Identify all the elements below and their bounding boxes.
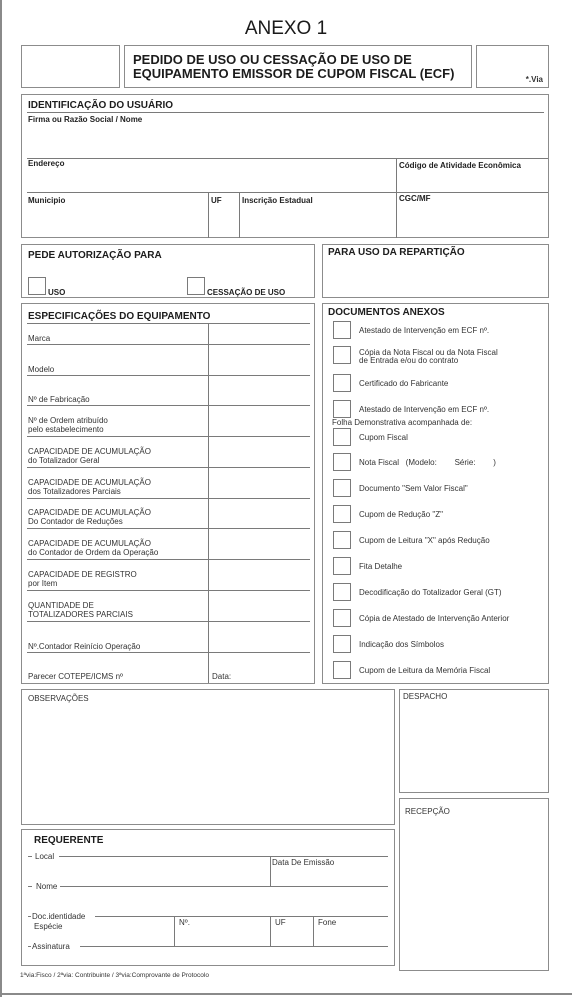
attached-doc-label: Cupom de Leitura da Memória Fiscal (359, 667, 490, 675)
page-edge (0, 0, 2, 997)
uso-label: USO (48, 288, 65, 297)
equipment-row-value[interactable] (209, 562, 309, 589)
divider (27, 192, 548, 193)
issue-date-label: Data De Emissão (272, 858, 334, 867)
equipment-row-label: Nº.Contador Reinício Operação (28, 642, 140, 651)
attached-doc-line1: Documento "Sem Valor Fiscal" (359, 485, 468, 493)
attached-doc-line1: Decodificação do Totalizador Geral (GT) (359, 589, 502, 597)
id-doc-field[interactable] (95, 916, 388, 917)
authorization-heading: PEDE AUTORIZAÇÃO PARA (28, 250, 162, 261)
attached-doc-line1: Cupom Fiscal (359, 434, 408, 442)
equipment-section: ESPECIFICAÇÕES DO EQUIPAMENTO MarcaModel… (21, 303, 315, 684)
attached-doc-label: Nota Fiscal (Modelo: Série: ) (359, 459, 496, 467)
attached-doc-line1: Atestado de Intervenção em ECF nº. (359, 327, 489, 335)
form-title-box: PEDIDO DE USO OU CESSAÇÃO DE USO DE EQUI… (124, 45, 472, 88)
uf-label: UF (211, 196, 222, 205)
attached-doc-line1: Cópia de Atestado de Intervenção Anterio… (359, 615, 509, 623)
name-field[interactable] (60, 886, 388, 887)
equipment-row-line1: Nº de Fabricação (28, 395, 90, 404)
attached-doc-line1: Cupom de Leitura da Memória Fiscal (359, 667, 490, 675)
attached-doc-line1: Nota Fiscal (Modelo: Série: ) (359, 459, 496, 467)
divider (27, 344, 310, 345)
divider (270, 916, 271, 946)
equipment-row-line2: TOTALIZADORES PARCIAIS (28, 610, 133, 619)
attached-doc-label: Certificado do Fabricante (359, 380, 448, 388)
cgc-label: CGC/MF (399, 194, 431, 203)
cessacao-checkbox[interactable] (187, 277, 205, 295)
city-field[interactable] (26, 206, 206, 236)
attached-doc-checkbox[interactable] (333, 321, 351, 339)
page-edge (0, 993, 572, 995)
equipment-row-value[interactable] (209, 377, 309, 404)
activity-code-field[interactable] (398, 171, 544, 191)
attached-doc-label: Atestado de Intervenção em ECF nº. (359, 406, 489, 414)
equipment-row-line1: CAPACIDADE DE REGISTRO (28, 570, 137, 579)
divider (27, 559, 310, 560)
divider (27, 498, 310, 499)
equipment-row-value[interactable] (209, 624, 309, 651)
divider (28, 946, 31, 947)
annex-title: ANEXO 1 (0, 18, 572, 40)
equipment-row-line1: Modelo (28, 365, 54, 374)
observations-heading: OBSERVAÇÕES (28, 694, 89, 703)
form-title-line1: PEDIDO DE USO OU CESSAÇÃO DE USO DE (133, 53, 454, 67)
local-label: Local (35, 852, 54, 861)
equipment-row-line1: Nº de Ordem atribuído (28, 416, 108, 425)
divider (28, 916, 31, 917)
authorization-section: PEDE AUTORIZAÇÃO PARA USO CESSAÇÃO DE US… (21, 244, 315, 298)
folha-demonstrativa-label: Folha Demonstrativa acompanhada de: (332, 418, 472, 427)
via-box[interactable]: *.Via (476, 45, 549, 88)
state-registration-field[interactable] (240, 206, 395, 236)
attached-doc-checkbox[interactable] (333, 400, 351, 418)
attached-doc-line1: Atestado de Intervenção em ECF nº. (359, 406, 489, 414)
attached-doc-checkbox[interactable] (333, 661, 351, 679)
number-label: Nº. (179, 918, 190, 927)
equipment-row-line2: pelo estabelecimento (28, 425, 108, 434)
cgc-field[interactable] (398, 204, 544, 236)
divider (396, 158, 397, 192)
attached-doc-label: Cópia de Atestado de Intervenção Anterio… (359, 615, 509, 623)
city-label: Municipio (28, 196, 65, 205)
copies-note: 1ªvia:Fisco / 2ªvia: Contribuinte / 3ªvi… (20, 972, 209, 979)
equipment-row-line2: do Contador de Ordem da Operação (28, 548, 158, 557)
attached-doc-label: Cupom Fiscal (359, 434, 408, 442)
divider (313, 916, 314, 946)
attached-doc-line1: Certificado do Fabricante (359, 380, 448, 388)
state-registration-label: Inscrição Estadual (242, 196, 313, 205)
attached-doc-checkbox[interactable] (333, 374, 351, 392)
attached-docs-section: DOCUMENTOS ANEXOS Atestado de Intervençã… (322, 303, 549, 684)
equipment-row-label: Marca (28, 334, 50, 343)
attached-doc-line2: de Entrada e/ou do contrato (359, 357, 498, 365)
equipment-row-label: CAPACIDADE DE ACUMULAÇÃODo Contador de R… (28, 508, 151, 526)
attached-doc-label: Indicação dos Símbolos (359, 641, 444, 649)
attached-doc-label: Cópia da Nota Fiscal ou da Nota Fiscalde… (359, 349, 498, 365)
activity-code-label: Código de Atividade Econômica (399, 161, 521, 170)
attached-doc-checkbox[interactable] (333, 453, 351, 471)
equipment-row-line2: por Item (28, 579, 137, 588)
uf-field[interactable] (209, 206, 237, 236)
attached-doc-checkbox[interactable] (333, 505, 351, 523)
uso-checkbox[interactable] (28, 277, 46, 295)
office-use-heading: PARA USO DA REPARTIÇÃO (328, 247, 465, 258)
phone-label: Fone (318, 918, 336, 927)
identification-heading: IDENTIFICAÇÃO DO USUÁRIO (28, 100, 173, 111)
attached-doc-checkbox[interactable] (333, 428, 351, 446)
equipment-row-line2: dos Totalizadores Parciais (28, 487, 151, 496)
attached-doc-checkbox[interactable] (333, 479, 351, 497)
equipment-row-line2: do Totalizador Geral (28, 456, 151, 465)
equipment-row-value[interactable] (209, 531, 309, 558)
equipment-row-line1: CAPACIDADE DE ACUMULAÇÃO (28, 508, 151, 517)
name-label: Firma ou Razão Social / Nome (28, 115, 142, 124)
divider (396, 192, 397, 238)
divider (27, 375, 310, 376)
signature-field[interactable] (80, 946, 388, 947)
equipment-heading: ESPECIFICAÇÕES DO EQUIPAMENTO (28, 311, 210, 322)
attached-doc-checkbox[interactable] (333, 557, 351, 575)
equipment-row-label: CAPACIDADE DE ACUMULAÇÃOdos Totalizadore… (28, 478, 151, 496)
divider (27, 528, 310, 529)
equipment-row-label: QUANTIDADE DETOTALIZADORES PARCIAIS (28, 601, 133, 619)
identification-section: IDENTIFICAÇÃO DO USUÁRIO Firma ou Razão … (21, 94, 549, 238)
signature-label: Assinatura (32, 942, 70, 951)
attached-doc-line1: Cupom de Redução "Z" (359, 511, 443, 519)
cessacao-label: CESSAÇÃO DE USO (207, 288, 285, 297)
kind-label: Espécie (34, 922, 62, 931)
equipment-row-label: Modelo (28, 365, 54, 374)
reception-heading: RECEPÇÃO (405, 807, 450, 816)
divider (27, 621, 310, 622)
date-label: Data: (212, 672, 231, 681)
equipment-row-label: CAPACIDADE DE REGISTROpor Item (28, 570, 137, 588)
equipment-row-line1: CAPACIDADE DE ACUMULAÇÃO (28, 447, 151, 456)
equipment-row-line1: CAPACIDADE DE ACUMULAÇÃO (28, 478, 151, 487)
uf-label: UF (275, 918, 286, 927)
name-field[interactable] (26, 125, 544, 157)
form-title-line2: EQUIPAMENTO EMISSOR DE CUPOM FISCAL (ECF… (133, 67, 454, 81)
equipment-row-label: CAPACIDADE DE ACUMULAÇÃOdo Contador de O… (28, 539, 158, 557)
equipment-row-value[interactable] (209, 347, 309, 374)
attached-doc-checkbox[interactable] (333, 583, 351, 601)
via-label: *.Via (526, 75, 543, 84)
attached-doc-checkbox[interactable] (333, 346, 351, 364)
divider (27, 112, 544, 113)
observations-section[interactable]: OBSERVAÇÕES (21, 689, 395, 825)
attached-doc-line1: Cupom de Leitura "X" após Redução (359, 537, 490, 545)
equipment-row-line1: QUANTIDADE DE (28, 601, 133, 610)
divider (174, 916, 175, 946)
divider (270, 856, 271, 886)
equipment-row-label: CAPACIDADE DE ACUMULAÇÃOdo Totalizador G… (28, 447, 151, 465)
equipment-row-line1: Nº.Contador Reinício Operação (28, 642, 140, 651)
cotepe-label: Parecer COTEPE/ICMS nº (28, 672, 123, 681)
divider (27, 436, 310, 437)
name-label: Nome (36, 882, 57, 891)
equipment-row-value[interactable] (209, 408, 309, 435)
equipment-row-value[interactable] (209, 500, 309, 527)
divider (27, 405, 310, 406)
address-field[interactable] (26, 169, 394, 191)
attached-doc-line1: Indicação dos Símbolos (359, 641, 444, 649)
attached-docs-heading: DOCUMENTOS ANEXOS (328, 307, 445, 318)
divider (27, 652, 310, 653)
attached-doc-label: Atestado de Intervenção em ECF nº. (359, 327, 489, 335)
equipment-row-value[interactable] (209, 593, 309, 620)
logo-box (21, 45, 120, 88)
divider (28, 856, 32, 857)
equipment-row-value[interactable] (209, 316, 309, 343)
equipment-row-line1: CAPACIDADE DE ACUMULAÇÃO (28, 539, 158, 548)
equipment-row-value[interactable] (209, 470, 309, 497)
divider (27, 590, 310, 591)
attached-doc-label: Cupom de Redução "Z" (359, 511, 443, 519)
divider (27, 158, 548, 159)
divider (27, 467, 310, 468)
form-title: PEDIDO DE USO OU CESSAÇÃO DE USO DE EQUI… (133, 53, 454, 81)
dispatch-section[interactable]: DESPACHO (399, 689, 549, 793)
attached-doc-checkbox[interactable] (333, 531, 351, 549)
equipment-row-line2: Do Contador de Reduções (28, 517, 151, 526)
requester-section: REQUERENTE Local Data De Emissão Nome Do… (21, 829, 395, 966)
attached-doc-line1: Fita Detalhe (359, 563, 402, 571)
equipment-row-label: Nº de Fabricação (28, 395, 90, 404)
address-label: Endereço (28, 159, 64, 168)
attached-doc-label: Decodificação do Totalizador Geral (GT) (359, 589, 502, 597)
equipment-row-label: Nº de Ordem atribuídopelo estabeleciment… (28, 416, 108, 434)
attached-doc-checkbox[interactable] (333, 635, 351, 653)
dispatch-heading: DESPACHO (403, 692, 447, 701)
reception-section[interactable]: RECEPÇÃO (399, 798, 549, 971)
id-doc-label: Doc.identidade (32, 912, 85, 921)
requester-heading: REQUERENTE (34, 835, 103, 846)
attached-doc-label: Fita Detalhe (359, 563, 402, 571)
equipment-row-value[interactable] (209, 439, 309, 466)
attached-doc-label: Documento "Sem Valor Fiscal" (359, 485, 468, 493)
local-field[interactable] (59, 856, 388, 857)
attached-doc-label: Cupom de Leitura "X" após Redução (359, 537, 490, 545)
office-use-section[interactable]: PARA USO DA REPARTIÇÃO (322, 244, 549, 298)
divider (28, 886, 32, 887)
attached-doc-checkbox[interactable] (333, 609, 351, 627)
equipment-row-line1: Marca (28, 334, 50, 343)
